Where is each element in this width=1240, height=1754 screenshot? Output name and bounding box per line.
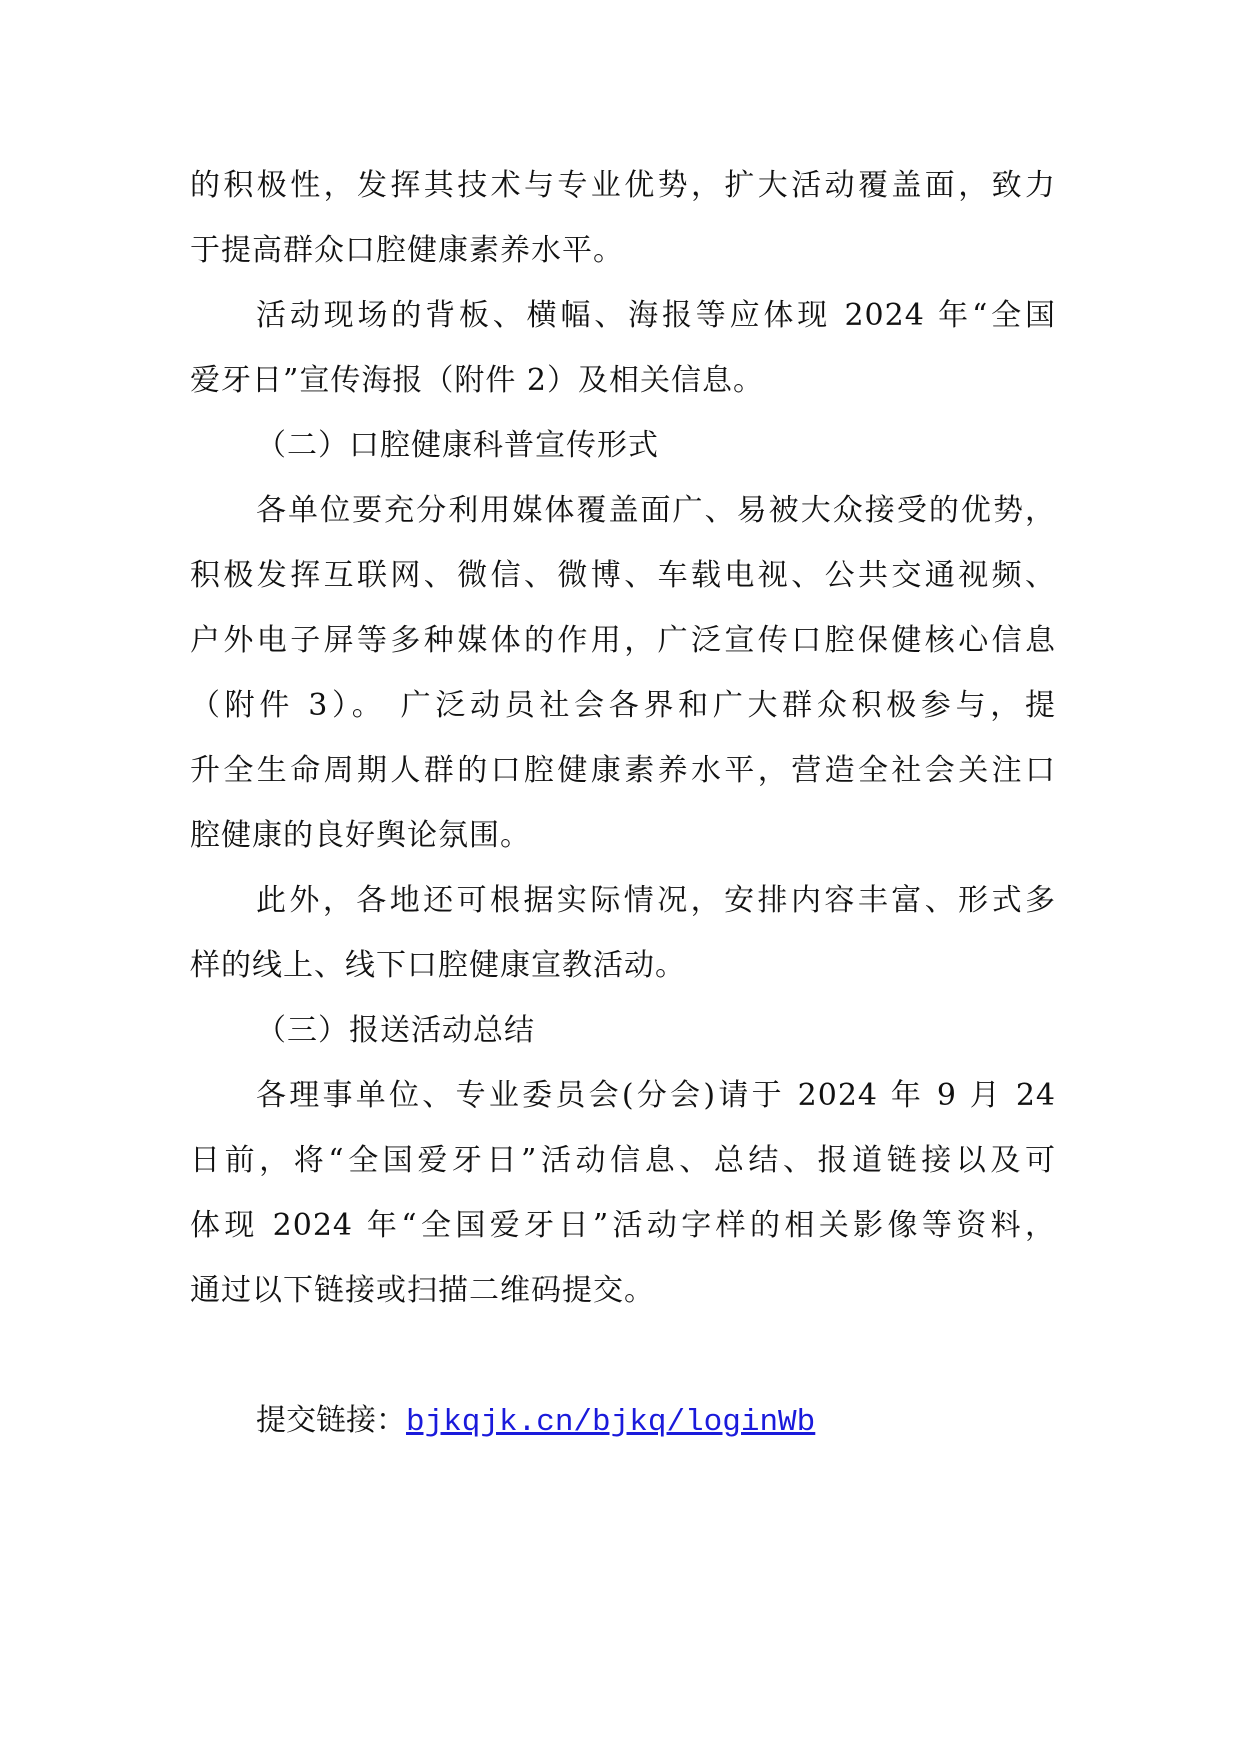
text-line: 的积极性，发挥其技术与专业优势，扩大活动覆盖面，致力 [190, 158, 1056, 223]
text-line: 此外，各地还可根据实际情况，安排内容丰富、形式多 [190, 873, 1056, 938]
text-line: 爱牙日”宣传海报（附件 2）及相关信息。 [190, 353, 1056, 418]
text-line: 户外电子屏等多种媒体的作用，广泛宣传口腔保健核心信息 [190, 613, 1056, 678]
text-line: （附件 3）。 广泛动员社会各界和广大群众积极参与，提 [190, 678, 1056, 743]
submit-link-label: 提交链接： [256, 1403, 406, 1438]
text-line: 腔健康的良好舆论氛围。 [190, 808, 1056, 873]
text-line: 积极发挥互联网、微信、微博、车载电视、公共交通视频、 [190, 548, 1056, 613]
section-heading: （二）口腔健康科普宣传形式 [190, 418, 1056, 483]
section-heading: （三）报送活动总结 [190, 1003, 1056, 1068]
text-line: 日前，将“全国爱牙日”活动信息、总结、报道链接以及可 [190, 1133, 1056, 1198]
text-line: 各理事单位、专业委员会(分会)请于 2024 年 9 月 24 [190, 1068, 1056, 1133]
text-line: 升全生命周期人群的口腔健康素养水平，营造全社会关注口 [190, 743, 1056, 808]
text-line: 体现 2024 年“全国爱牙日”活动字样的相关影像等资料， [190, 1198, 1056, 1263]
submit-link-row: 提交链接：bjkqjk.cn/bjkq/loginWb [256, 1395, 815, 1449]
text-line: 于提高群众口腔健康素养水平。 [190, 223, 1056, 288]
text-line: 样的线上、线下口腔健康宣教活动。 [190, 938, 1056, 1003]
text-line: 活动现场的背板、横幅、海报等应体现 2024 年“全国 [190, 288, 1056, 353]
text-line: 各单位要充分利用媒体覆盖面广、易被大众接受的优势， [190, 483, 1056, 548]
text-line: 通过以下链接或扫描二维码提交。 [190, 1263, 1056, 1328]
submit-link[interactable]: bjkqjk.cn/bjkq/loginWb [406, 1405, 815, 1440]
document-body: 的积极性，发挥其技术与专业优势，扩大活动覆盖面，致力 于提高群众口腔健康素养水平… [190, 158, 1056, 1328]
